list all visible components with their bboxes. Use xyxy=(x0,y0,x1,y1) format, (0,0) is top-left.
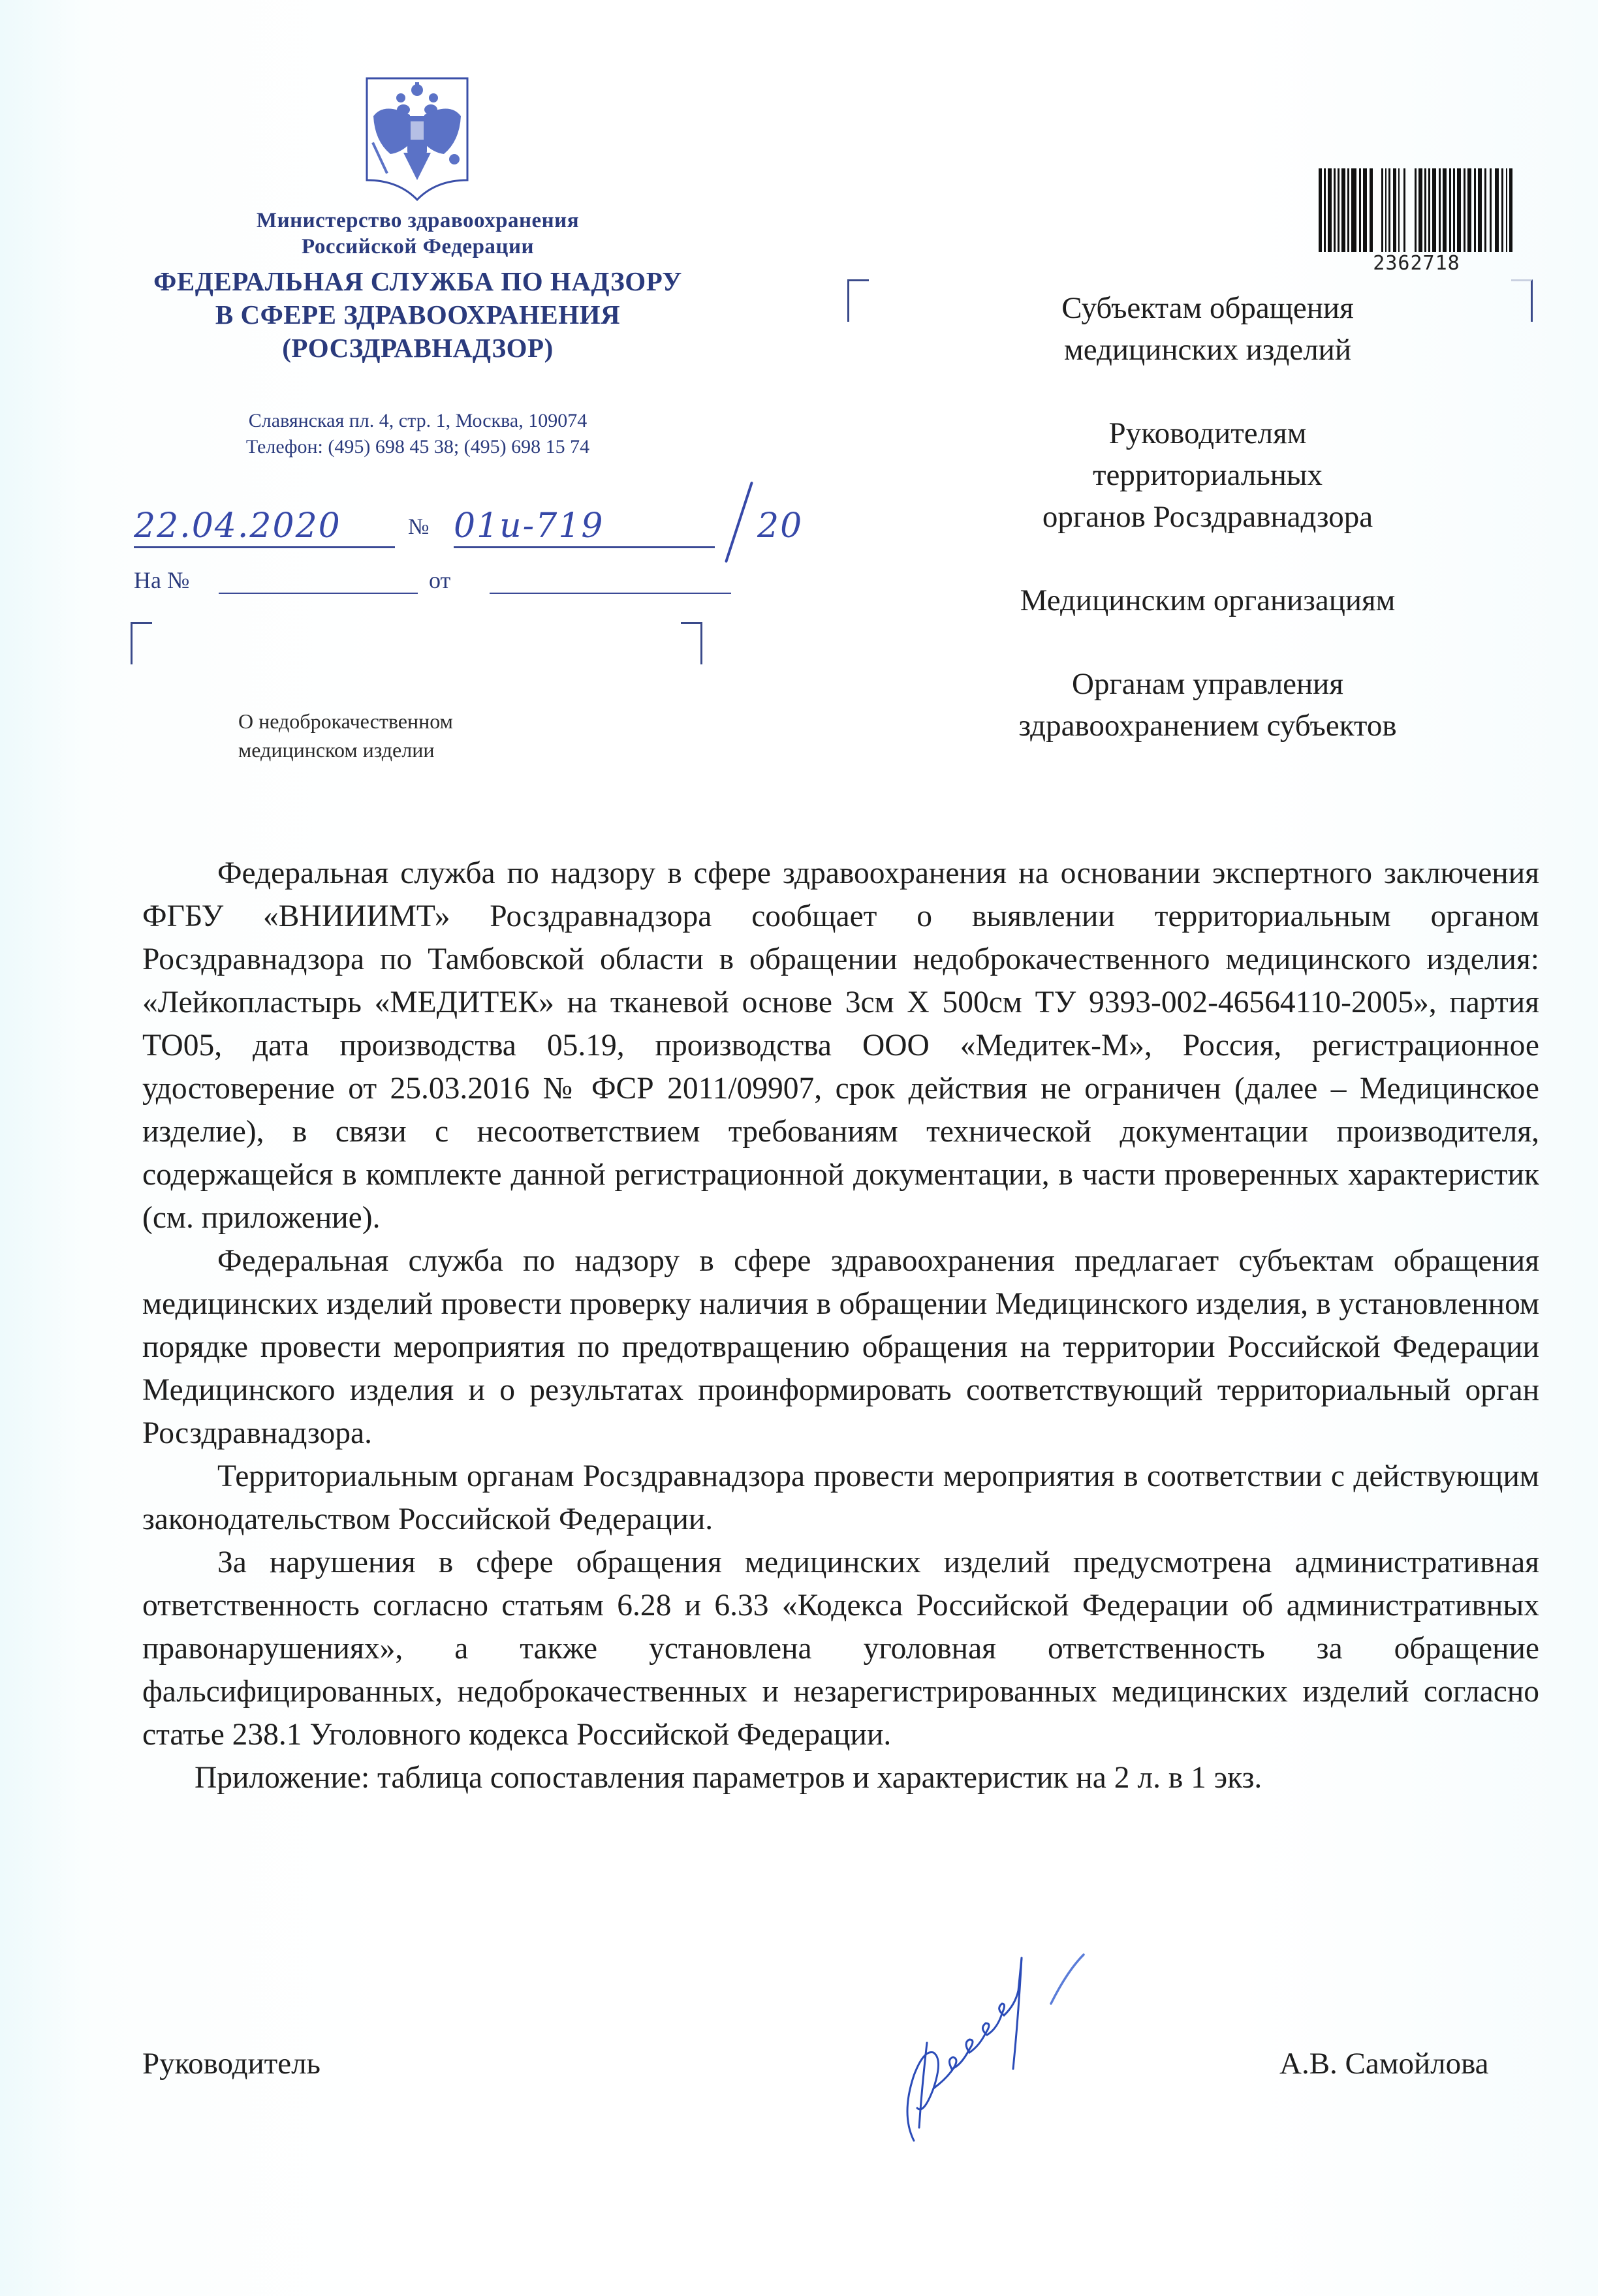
recipient-line: Органам управления xyxy=(901,663,1514,705)
letter-body: Федеральная служба по надзору в сфере зд… xyxy=(142,852,1539,1799)
registration-number: 01и-719 xyxy=(454,506,715,548)
recipient-bracket-left xyxy=(847,279,869,322)
reply-reference-line: На № от xyxy=(134,566,721,599)
body-paragraph: За нарушения в сфере обращения медицинск… xyxy=(142,1541,1539,1756)
recipient-line: Субъектам обращения xyxy=(901,287,1514,329)
contact-info: Славянская пл. 4, стр. 1, Москва, 109074… xyxy=(131,408,705,460)
address: Славянская пл. 4, стр. 1, Москва, 109074 xyxy=(131,408,705,434)
reply-date-blank xyxy=(490,593,731,594)
recipient-line: здравоохранением субъектов xyxy=(901,705,1514,747)
service-line: ФЕДЕРАЛЬНАЯ СЛУЖБА ПО НАДЗОРУ xyxy=(124,265,712,298)
phone: Телефон: (495) 698 45 38; (495) 698 15 7… xyxy=(131,434,705,460)
reply-number-blank xyxy=(219,593,418,594)
handwritten-signature xyxy=(888,1919,1162,2160)
subject-bracket-left xyxy=(131,622,152,664)
body-paragraph: Территориальным органам Росздравнадзора … xyxy=(142,1455,1539,1541)
body-paragraph: Федеральная служба по надзору в сфере зд… xyxy=(142,1239,1539,1455)
subject-line: медицинском изделии xyxy=(238,736,453,764)
number-sign: № xyxy=(408,515,429,540)
registration-number-suffix: 20 xyxy=(757,506,803,546)
service-line: (РОСЗДРАВНАДЗОР) xyxy=(124,332,712,365)
signatory-name: А.В. Самойлова xyxy=(1279,2046,1489,2081)
recipient: Руководителям территориальных органов Ро… xyxy=(901,412,1514,538)
recipients-block: Субъектам обращения медицинских изделий … xyxy=(901,287,1514,788)
subject-bracket-right xyxy=(681,622,702,664)
barcode xyxy=(1319,168,1514,252)
service-name: ФЕДЕРАЛЬНАЯ СЛУЖБА ПО НАДЗОРУ В СФЕРЕ ЗД… xyxy=(124,265,712,365)
subject: О недоброкачественном медицинском издели… xyxy=(238,707,453,764)
recipient-line: Медицинским организациям xyxy=(901,580,1514,621)
reply-from-label: от xyxy=(429,566,450,594)
recipient: Медицинским организациям xyxy=(901,580,1514,621)
attachment-note: Приложение: таблица сопоставления параме… xyxy=(142,1756,1539,1799)
ministry-name: Министерство здравоохранения Российской … xyxy=(131,208,705,260)
recipient: Органам управления здравоохранением субъ… xyxy=(901,663,1514,747)
signatory-title: Руководитель xyxy=(142,2046,321,2081)
coat-of-arms-icon xyxy=(364,76,470,201)
registration-line: 22.04.2020 № 01и-719 20 xyxy=(134,506,819,551)
subject-line: О недоброкачественном xyxy=(238,707,453,736)
recipient-line: медицинских изделий xyxy=(901,329,1514,371)
registration-date: 22.04.2020 xyxy=(134,506,395,548)
ministry-line: Российской Федерации xyxy=(131,234,705,260)
body-paragraph: Федеральная служба по надзору в сфере зд… xyxy=(142,852,1539,1239)
recipient-line: территориальных xyxy=(901,454,1514,496)
service-line: В СФЕРЕ ЗДРАВООХРАНЕНИЯ xyxy=(124,298,712,332)
recipient: Субъектам обращения медицинских изделий xyxy=(901,287,1514,371)
ministry-line: Министерство здравоохранения xyxy=(131,208,705,234)
recipient-line: Руководителям xyxy=(901,412,1514,454)
reply-number-label: На № xyxy=(134,566,189,594)
barcode-number: 2362718 xyxy=(1319,252,1514,275)
recipient-line: органов Росздравнадзора xyxy=(901,496,1514,538)
